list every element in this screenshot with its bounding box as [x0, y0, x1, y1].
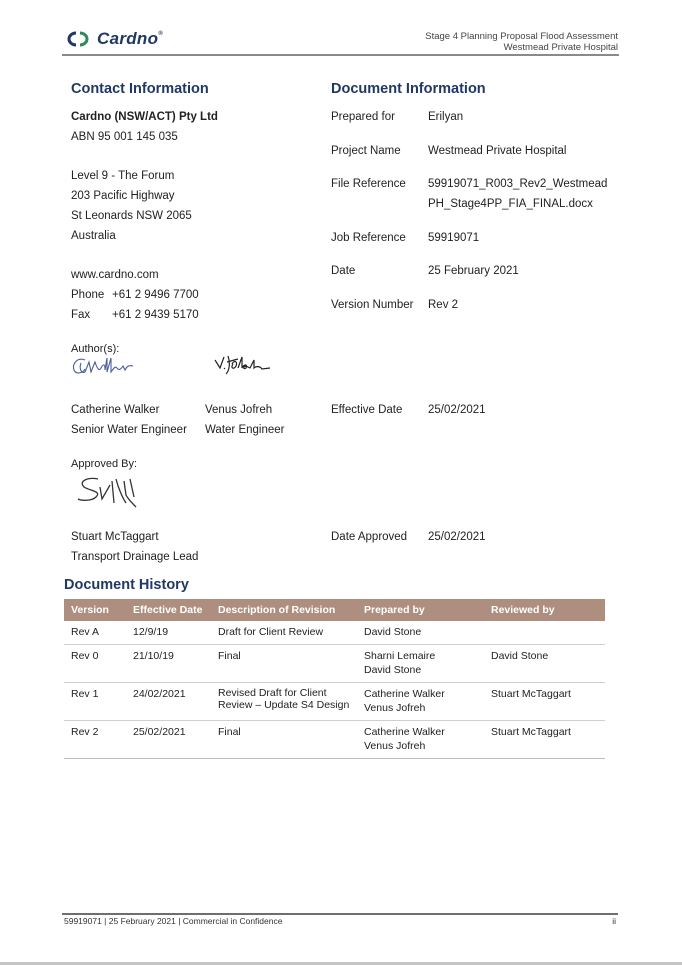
document-info-heading: Document Information	[331, 81, 486, 97]
preparer-name: David Stone	[364, 663, 484, 677]
company-name: Cardno (NSW/ACT) Pty Ltd	[71, 111, 218, 123]
signature-catherine-walker	[71, 354, 141, 378]
document-history-heading: Document History	[64, 577, 189, 593]
cell-reviewed-by: Stuart McTaggart	[484, 683, 605, 721]
page-number: ii	[612, 916, 616, 926]
header-title: Stage 4 Planning Proposal Flood Assessme…	[425, 31, 618, 53]
cardno-logo: Cardno®	[64, 29, 163, 49]
project-name-label: Project Name	[331, 145, 401, 157]
date-approved-label: Date Approved	[331, 531, 407, 543]
table-row: Rev 0 21/10/19 Final Sharni LemaireDavid…	[64, 645, 605, 683]
cell-date: 12/9/19	[126, 621, 211, 645]
cell-reviewed-by	[484, 621, 605, 645]
preparer-name: Venus Jofreh	[364, 739, 484, 753]
cell-version: Rev 2	[64, 721, 126, 759]
table-row: Rev 2 25/02/2021 Final Catherine WalkerV…	[64, 721, 605, 759]
cardno-logo-mark-icon	[64, 31, 94, 47]
date-approved-value: 25/02/2021	[428, 527, 486, 547]
author-name: Venus Jofreh	[205, 404, 272, 416]
prepared-for-value: Erilyan	[428, 107, 463, 127]
cell-date: 25/02/2021	[126, 721, 211, 759]
table-row: Rev A 12/9/19 Draft for Client Review Da…	[64, 621, 605, 645]
cell-reviewed-by: Stuart McTaggart	[484, 721, 605, 759]
cell-prepared-by: Catherine WalkerVenus Jofreh	[357, 683, 484, 721]
fax-number: +61 2 9439 5170	[112, 309, 199, 321]
job-reference-label: Job Reference	[331, 232, 406, 244]
effective-date-value: 25/02/2021	[428, 400, 486, 420]
description-line: Final	[218, 725, 357, 739]
file-reference-value: 59919071_R003_Rev2_Westmead PH_Stage4PP_…	[428, 174, 607, 214]
reviewer-name: Stuart McTaggart	[491, 725, 605, 739]
header-divider	[62, 54, 619, 56]
cell-version: Rev 0	[64, 645, 126, 683]
description-line: Draft for Client Review	[218, 625, 357, 639]
project-name-value: Westmead Private Hospital	[428, 141, 566, 161]
table-row: Rev 1 24/02/2021 Revised Draft for Clien…	[64, 683, 605, 721]
reviewer-name: Stuart McTaggart	[491, 687, 605, 701]
header-title-line2: Westmead Private Hospital	[425, 42, 618, 53]
author-role: Senior Water Engineer	[71, 424, 187, 436]
preparer-name: Sharni Lemaire	[364, 649, 484, 663]
description-line: Revised Draft for Client	[218, 687, 357, 699]
author-role: Water Engineer	[205, 424, 284, 436]
description-line: Review – Update S4 Design	[218, 699, 357, 711]
approved-by-label: Approved By:	[71, 458, 137, 470]
reviewer-name: David Stone	[491, 649, 605, 663]
cell-description: Final	[211, 721, 357, 759]
version-number-label: Version Number	[331, 299, 413, 311]
date-value: 25 February 2021	[428, 261, 519, 281]
approver-name: Stuart McTaggart	[71, 531, 159, 543]
cell-prepared-by: Catherine WalkerVenus Jofreh	[357, 721, 484, 759]
address-line: St Leonards NSW 2065	[71, 210, 192, 222]
footer-text: 59919071 | 25 February 2021 | Commercial…	[64, 916, 282, 926]
cell-description: Revised Draft for ClientReview – Update …	[211, 683, 357, 721]
fax-label: Fax	[71, 309, 90, 321]
file-reference-line2: PH_Stage4PP_FIA_FINAL.docx	[428, 194, 607, 214]
table-header-row: Version Effective Date Description of Re…	[64, 599, 605, 621]
preparer-name: Venus Jofreh	[364, 701, 484, 715]
preparer-name: Catherine Walker	[364, 687, 484, 701]
column-header-description: Description of Revision	[211, 599, 357, 621]
cell-date: 24/02/2021	[126, 683, 211, 721]
address-line: Level 9 - The Forum	[71, 170, 174, 182]
contact-heading: Contact Information	[71, 81, 209, 97]
effective-date-label: Effective Date	[331, 404, 402, 416]
header-title-line1: Stage 4 Planning Proposal Flood Assessme…	[425, 31, 618, 42]
file-reference-line1: 59919071_R003_Rev2_Westmead	[428, 174, 607, 194]
abn: ABN 95 001 145 035	[71, 131, 178, 143]
cell-version: Rev 1	[64, 683, 126, 721]
signature-stuart-mctaggart	[76, 473, 148, 513]
author-name: Catherine Walker	[71, 404, 159, 416]
column-header-reviewed-by: Reviewed by	[484, 599, 605, 621]
column-header-version: Version	[64, 599, 126, 621]
address-line: Australia	[71, 230, 116, 242]
cell-description: Final	[211, 645, 357, 683]
cell-reviewed-by: David Stone	[484, 645, 605, 683]
document-history-table: Version Effective Date Description of Re…	[64, 599, 605, 759]
signature-venus-jofreh	[212, 352, 274, 378]
date-label: Date	[331, 265, 355, 277]
cell-description: Draft for Client Review	[211, 621, 357, 645]
phone-number: +61 2 9496 7700	[112, 289, 199, 301]
file-reference-label: File Reference	[331, 178, 406, 190]
address-line: 203 Pacific Highway	[71, 190, 175, 202]
approver-role: Transport Drainage Lead	[71, 551, 198, 563]
job-reference-value: 59919071	[428, 228, 479, 248]
version-number-value: Rev 2	[428, 295, 458, 315]
preparer-name: Catherine Walker	[364, 725, 484, 739]
cell-version: Rev A	[64, 621, 126, 645]
column-header-effective-date: Effective Date	[126, 599, 211, 621]
cell-prepared-by: Sharni LemaireDavid Stone	[357, 645, 484, 683]
logo-text: Cardno®	[97, 29, 163, 49]
page-header: Cardno® Stage 4 Planning Proposal Flood …	[64, 28, 618, 54]
cell-prepared-by: David Stone	[357, 621, 484, 645]
column-header-prepared-by: Prepared by	[357, 599, 484, 621]
prepared-for-label: Prepared for	[331, 111, 395, 123]
cell-date: 21/10/19	[126, 645, 211, 683]
footer-divider	[62, 913, 618, 915]
phone-label: Phone	[71, 289, 104, 301]
preparer-name: David Stone	[364, 625, 484, 639]
website-link[interactable]: www.cardno.com	[71, 269, 159, 281]
description-line: Final	[218, 649, 357, 663]
